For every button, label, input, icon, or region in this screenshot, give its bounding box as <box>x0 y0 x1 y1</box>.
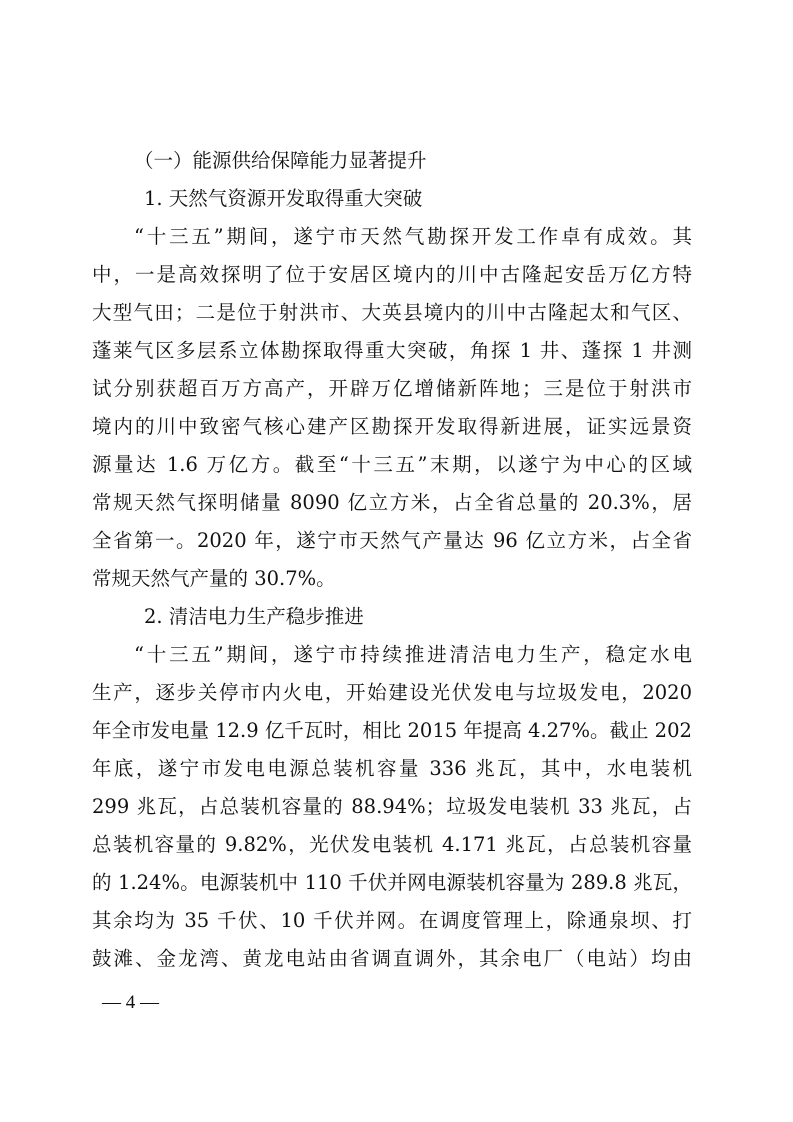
paragraph-line: 全省第一。2020 年，遂宁市天然气产量达 96 亿立方米，占全省 <box>92 522 692 560</box>
paragraph-line: 299 兆瓦，占总装机容量的 88.94%；垃圾发电装机 33 兆瓦，占 <box>92 788 692 826</box>
paragraph-line: 蓬莱气区多层系立体勘探取得重大突破，角探 1 井、蓬探 1 井测 <box>92 332 692 370</box>
page-number: — 4 — <box>102 988 159 1018</box>
paragraph-line: 常规天然气探明储量 8090 亿立方米，占全省总量的 20.3%，居 <box>92 484 692 522</box>
paragraph-line: 境内的川中致密气核心建产区勘探开发取得新进展，证实远景资 <box>92 408 692 446</box>
paragraph-line: 试分别获超百万方高产，开辟万亿增储新阵地；三是位于射洪市 <box>92 370 692 408</box>
paragraph-line: “十三五”期间，遂宁市天然气勘探开发工作卓有成效。其 <box>92 218 692 256</box>
paragraph-line: 大型气田；二是位于射洪市、大英县境内的川中古隆起太和气区、 <box>92 294 692 332</box>
paragraph-line: 年全市发电量 12.9 亿千瓦时，相比 2015 年提高 4.27%。截止 20… <box>92 712 692 750</box>
paragraph-line: 其余均为 35 千伏、10 千伏并网。在调度管理上，除通泉坝、打 <box>92 902 692 940</box>
paragraph-line: 年底，遂宁市发电电源总装机容量 336 兆瓦，其中，水电装机 <box>92 750 692 788</box>
paragraph-line: 源量达 1.6 万亿方。截至“十三五”末期，以遂宁为中心的区域 <box>92 446 692 484</box>
subsection-title-2: 2. 清洁电力生产稳步推进 <box>92 598 692 636</box>
paragraph-line: 总装机容量的 9.82%，光伏发电装机 4.171 兆瓦，占总装机容量 <box>92 826 692 864</box>
paragraph-line: 常规天然气产量的 30.7%。 <box>92 560 692 598</box>
paragraph-line: 的 1.24%。电源装机中 110 千伏并网电源装机容量为 289.8 兆瓦， <box>92 864 692 902</box>
section-heading: （一）能源供给保障能力显著提升 <box>92 142 692 180</box>
document-page: （一）能源供给保障能力显著提升 1. 天然气资源开发取得重大突破 “十三五”期间… <box>0 0 793 1122</box>
paragraph-line: 中，一是高效探明了位于安居区境内的川中古隆起安岳万亿方特 <box>92 256 692 294</box>
page-body: （一）能源供给保障能力显著提升 1. 天然气资源开发取得重大突破 “十三五”期间… <box>92 142 692 978</box>
paragraph-line: 鼓滩、金龙湾、黄龙电站由省调直调外，其余电厂（电站）均由 <box>92 940 692 978</box>
subsection-title-1: 1. 天然气资源开发取得重大突破 <box>92 180 692 218</box>
paragraph-line: 生产，逐步关停市内火电，开始建设光伏发电与垃圾发电，2020 <box>92 674 692 712</box>
paragraph-line: “十三五”期间，遂宁市持续推进清洁电力生产，稳定水电 <box>92 636 692 674</box>
